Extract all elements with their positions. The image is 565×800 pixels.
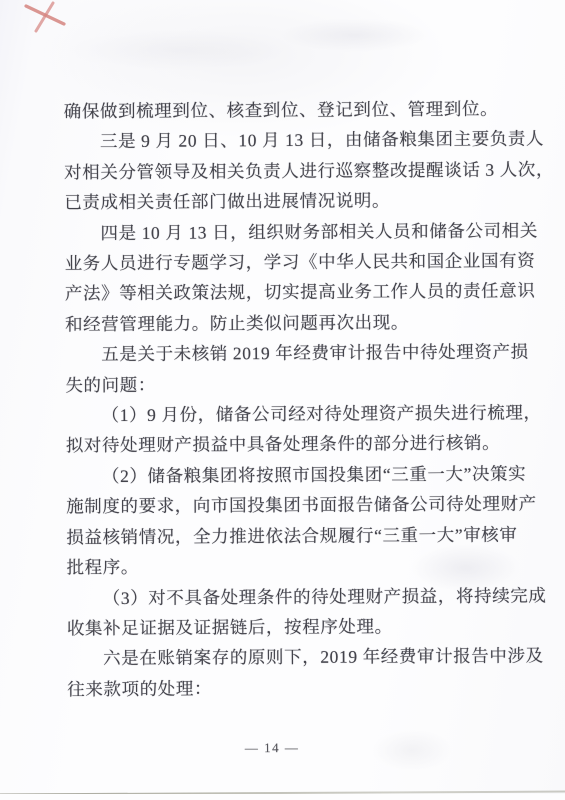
page-number: — 14 — [0,738,555,757]
text-line: 拟对待处理财产损益中具备处理条件的部分进行核销。 [66,428,526,461]
text-line: 和经营管理能力。防止类似问题再次出现。 [65,306,525,339]
document-page: 确保做到梳理到位、核查到位、登记到位、管理到位。三是 9 月 20 日、10 月… [0,0,565,800]
text-line: 三是 9 月 20 日、10 月 13 日，由储备粮集团主要负责人 [64,124,524,157]
text-line: 往来款项的处理： [67,671,527,704]
paragraph: 六是在账销案存的原则下，2019 年经费审计报告中涉及往来款项的处理： [67,641,527,705]
text-line: 四是 10 月 13 日，组织财务部相关人员和储备公司相关 [64,215,524,248]
paragraph: （3）对不具备处理条件的待处理财产损益，将持续完成收集补足证据及证据链后，按程序… [67,580,527,644]
paragraph: 确保做到梳理到位、核查到位、登记到位、管理到位。 [64,94,524,127]
text-line: 批程序。 [66,550,526,583]
text-line: （2）储备粮集团将按照市国投集团“三重一大”决策实 [66,458,526,491]
paragraph: （2）储备粮集团将按照市国投集团“三重一大”决策实施制度的要求，向市国投集团书面… [66,458,527,582]
text-line: 已责成相关责任部门做出进展情况说明。 [64,185,524,218]
paragraph: 四是 10 月 13 日，组织财务部相关人员和储备公司相关业务人员进行专题学习，… [64,215,525,339]
text-line: 产法》等相关政策法规，切实提高业务工作人员的责任意识 [65,276,525,309]
paragraph: 五是关于未核销 2019 年经费审计报告中待处理资产损失的问题： [65,337,525,401]
text-line: 五是关于未核销 2019 年经费审计报告中待处理资产损 [65,337,525,370]
text-line: 六是在账销案存的原则下，2019 年经费审计报告中涉及 [67,641,527,674]
text-line: 失的问题： [65,367,525,400]
paragraph: （1）9 月份，储备公司经对待处理资产损失进行梳理，拟对待处理财产损益中具备处理… [66,398,526,462]
document-body: 确保做到梳理到位、核查到位、登记到位、管理到位。三是 9 月 20 日、10 月… [64,94,528,705]
text-line: 业务人员进行专题学习，学习《中华人民共和国企业国有资 [65,246,525,279]
background-below-page [0,794,565,800]
paragraph: 三是 9 月 20 日、10 月 13 日，由储备粮集团主要负责人对相关分管领导… [64,124,525,218]
text-line: 对相关分管领导及相关负责人进行巡察整改提醒谈话 3 人次， [64,154,524,187]
text-line: （1）9 月份，储备公司经对待处理资产损失进行梳理， [66,398,526,431]
text-line: 确保做到梳理到位、核查到位、登记到位、管理到位。 [64,94,524,127]
text-line: 施制度的要求，向市国投集团书面报告储备公司待处理财产 [66,489,526,522]
text-line: 收集补足证据及证据链后，按程序处理。 [67,610,527,643]
scanned-page-photo: 确保做到梳理到位、核查到位、登记到位、管理到位。三是 9 月 20 日、10 月… [0,0,565,800]
text-line: （3）对不具备处理条件的待处理财产损益，将持续完成 [67,580,527,613]
text-line: 损益核销情况，全力推进依法合规履行“三重一大”审核审 [66,519,526,552]
